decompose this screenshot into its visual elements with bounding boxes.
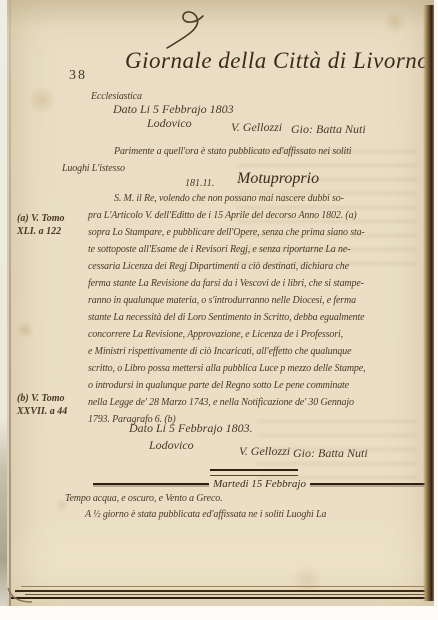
divider-date: Martedi 15 Febbrajo — [213, 478, 306, 490]
section-label: Ecclesiastica — [91, 91, 142, 102]
body-line: e Ministri rispettivamente di ciò Incari… — [88, 343, 365, 360]
publication-note-line: Luoghi L'istesso — [62, 160, 125, 177]
page-right-edge — [423, 5, 434, 601]
photo-frame: 38 Giornale della Città di Livorno Eccle… — [0, 0, 438, 620]
pen-flourish-icon — [157, 6, 209, 50]
day-divider: Martedi 15 Febbrajo — [93, 478, 426, 490]
body-line: pra L'Articolo V. dell'Editto de i 15 Ap… — [88, 207, 365, 224]
left-margin-strip — [0, 0, 7, 606]
journal-title: Giornale della Città di Livorno — [125, 48, 429, 74]
body-line: nella Legge de' 28 Marzo 1743, e nella N… — [88, 394, 365, 411]
entry-heading: Motuproprio — [237, 170, 319, 188]
body-line: ferma stante La Revisione da farsi da i … — [88, 275, 365, 292]
signature-lodovico: Lodovico — [149, 438, 194, 453]
motuproprio-body: S. M. il Re, volendo che non possano mai… — [88, 190, 365, 428]
signature-lodovico: Lodovico — [147, 116, 192, 131]
margin-note-b: (b) V. Tomo XXVII. a 44 — [17, 392, 67, 418]
body-line: sopra Lo Stampare, e pubblicare dell'Ope… — [88, 224, 365, 241]
body-line: stante La necessità del di Loro Sentimen… — [88, 309, 365, 326]
signature-nuti: Gio: Batta Nuti — [291, 122, 366, 137]
page-bottom-edges — [11, 586, 434, 602]
publication-note-line: Parimente a quell'ora è stato pubblicato… — [88, 143, 351, 160]
page-left-edge — [9, 0, 11, 606]
body-line: cessaria Licenza dei Regj Dipartimenti a… — [88, 258, 365, 275]
page-edge-line — [21, 586, 434, 587]
body-line: S. M. il Re, volendo che non possano mai… — [88, 190, 365, 207]
manuscript-page: 38 Giornale della Città di Livorno Eccle… — [7, 0, 434, 606]
margin-note-b-line2: XXVII. a 44 — [17, 405, 67, 418]
divider-rule-right — [310, 483, 426, 485]
page-number: 38 — [69, 68, 87, 84]
entry-number: 181.11. — [185, 178, 214, 189]
bottom-margin-strip — [0, 606, 438, 620]
weather-line: Tempo acqua, e oscuro, e Vento a Greco. — [65, 490, 222, 507]
body-line: ranno in qualunque materia, o s'introdur… — [88, 292, 365, 309]
signature-nuti: Gio: Batta Nuti — [293, 446, 368, 461]
body-line: scritto, o Libro possa mettersi alla pub… — [88, 360, 365, 377]
margin-note-a: (a) V. Tomo XLI. a 122 — [17, 212, 65, 238]
divider-rule-left — [93, 483, 209, 485]
margin-note-a-line1: (a) V. Tomo — [17, 212, 65, 225]
page-edge-line — [25, 594, 434, 595]
margin-note-a-line2: XLI. a 122 — [17, 225, 65, 238]
next-day-first-line: A ½ giorno è stata pubblicata ed'affissa… — [85, 506, 326, 523]
page-corner-curl — [7, 586, 33, 604]
divider-ornament — [210, 469, 298, 476]
motuproprio-dateline: Dato Li 5 Febbrajo 1803. — [129, 421, 253, 436]
page-edge-line — [15, 590, 434, 592]
margin-note-b-line1: (b) V. Tomo — [17, 392, 67, 405]
body-line: concorrere La Revisione, Approvazione, e… — [88, 326, 365, 343]
signature-gellozzi: V. Gellozzi — [231, 120, 282, 135]
prev-entry-dateline: Dato Li 5 Febbrajo 1803 — [113, 102, 234, 117]
signature-gellozzi: V. Gellozzi — [239, 444, 290, 459]
body-line: o introdursi in qualunque parte del Regn… — [88, 377, 365, 394]
body-line: te sottoposte all'Esame de i Revisori Re… — [88, 241, 365, 258]
page-edge-line — [11, 597, 434, 599]
